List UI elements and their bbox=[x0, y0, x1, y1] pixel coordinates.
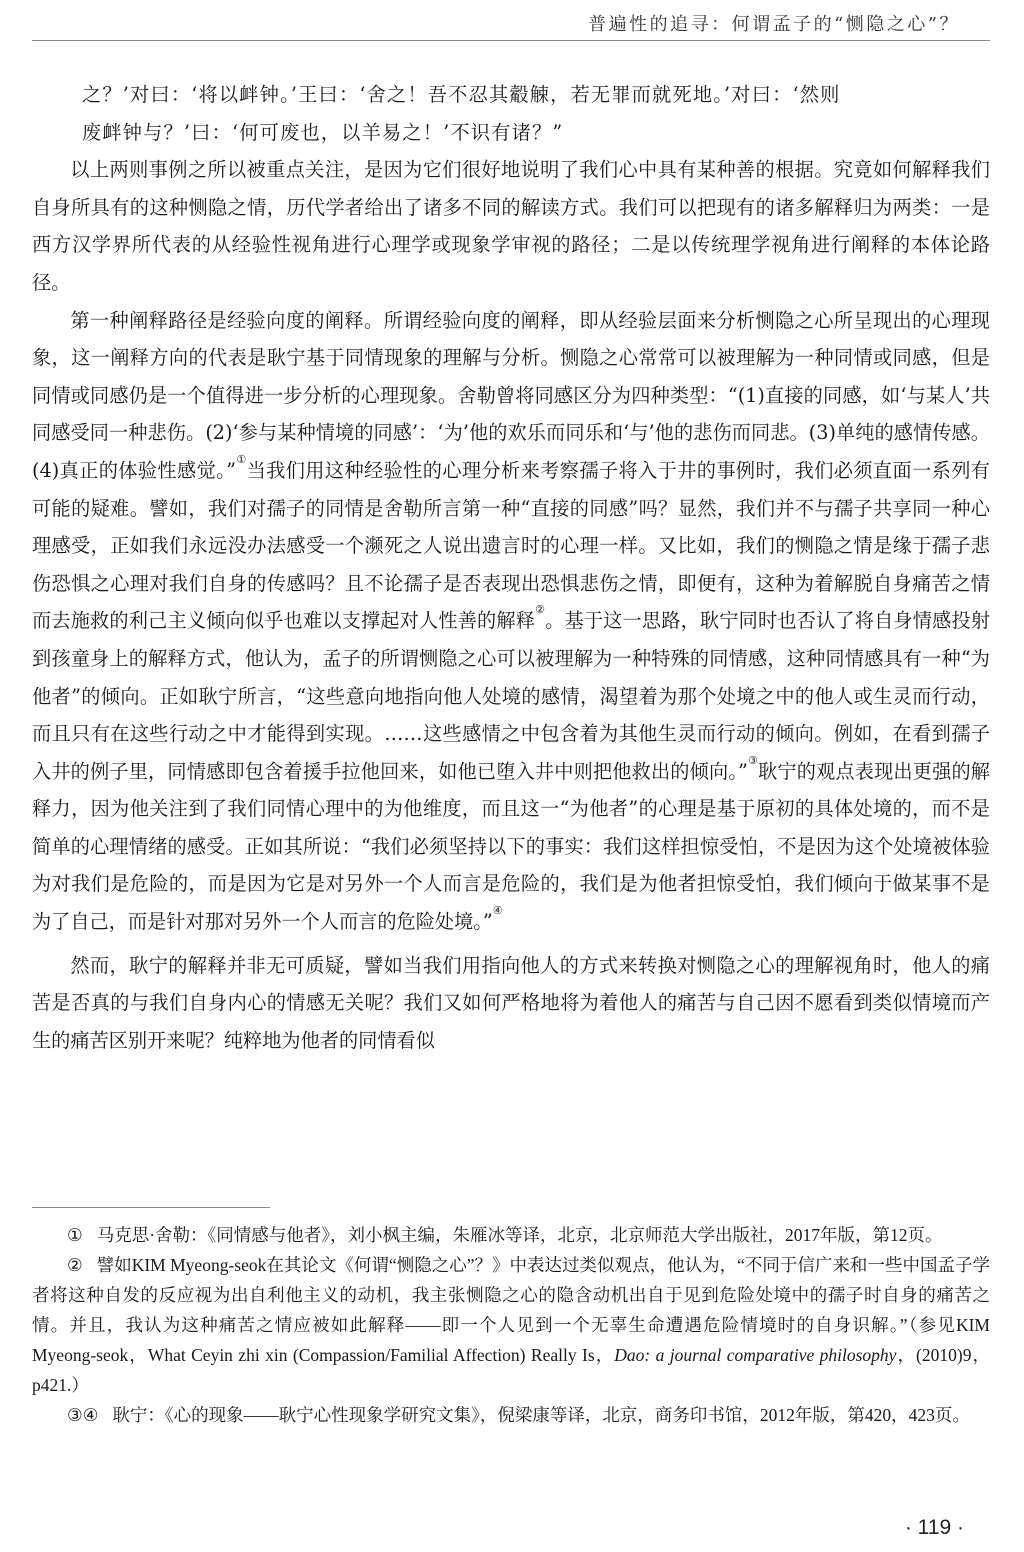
paragraph-2: 第一种阐释路径是经验向度的阐释。所谓经验向度的阐释，即从经验层面来分析恻隐之心所… bbox=[32, 302, 990, 941]
footnote-ref-1[interactable]: ① bbox=[236, 453, 247, 466]
footnotes: ①马克思·舍勒：《同情感与他者》，刘小枫主编，朱雁冰等译，北京，北京师范大学出版… bbox=[32, 1220, 990, 1430]
paragraph-1: 以上两则事例之所以被重点关注，是因为它们很好地说明了我们心中具有某种善的根据。究… bbox=[32, 151, 990, 301]
running-head-title: 普遍性的追寻：何谓孟子的“恻隐之心”？ bbox=[588, 10, 960, 36]
quote-line-1: 之？’对曰：‘将以衅钟。’王曰：‘舍之！吾不忍其觳觫，若无罪而就死地。’对曰：‘… bbox=[32, 76, 990, 114]
footnote-ref-2[interactable]: ② bbox=[535, 603, 545, 616]
footnote-3-text: 耿宁：《心的现象——耿宁心性现象学研究文集》，倪梁康等译，北京，商务印书馆，20… bbox=[112, 1405, 970, 1425]
main-body: 之？’对曰：‘将以衅钟。’王曰：‘舍之！吾不忍其觳觫，若无罪而就死地。’对曰：‘… bbox=[32, 76, 990, 1059]
footnote-1: ①马克思·舍勒：《同情感与他者》，刘小枫主编，朱雁冰等译，北京，北京师范大学出版… bbox=[32, 1220, 990, 1250]
footnote-1-mark: ① bbox=[67, 1225, 83, 1245]
footnote-2: ②譬如KIM Myeong-seok在其论文《何谓“恻隐之心”？》中表达过类似观… bbox=[32, 1250, 990, 1400]
footnote-2-mark: ② bbox=[67, 1255, 83, 1275]
running-head: 普遍性的追寻：何谓孟子的“恻隐之心”？ bbox=[32, 0, 990, 41]
paragraph-3: 然而，耿宁的解释并非无可质疑，譬如当我们用指向他人的方式来转换对恻隐之心的理解视… bbox=[32, 947, 990, 1060]
paragraph-2-part-4: 耿宁的观点表现出更强的解释力，因为他关注到了我们同情心理中的为他维度，而且这一“… bbox=[32, 760, 990, 933]
footnote-ref-4[interactable]: ④ bbox=[493, 904, 503, 917]
footnote-divider bbox=[32, 1207, 270, 1208]
paragraph-2-part-2: 当我们用这种经验性的心理分析来考察孺子将入于井的事例时，我们必须直面一系列有可能… bbox=[32, 459, 990, 632]
footnote-3: ③④耿宁：《心的现象——耿宁心性现象学研究文集》，倪梁康等译，北京，商务印书馆，… bbox=[32, 1400, 990, 1430]
footnote-1-text: 马克思·舍勒：《同情感与他者》，刘小枫主编，朱雁冰等译，北京，北京师范大学出版社… bbox=[97, 1225, 943, 1245]
footnote-2-journal: Dao: a journal comparative philosophy bbox=[614, 1345, 896, 1365]
page-number: · 119 · bbox=[905, 1516, 964, 1540]
footnote-3-mark: ③④ bbox=[67, 1405, 98, 1425]
paragraph-2-part-3: 。基于这一思路，耿宁同时也否认了将自身情感投射到孩童身上的解释方式，他认为，孟子… bbox=[32, 609, 990, 782]
footnote-ref-3[interactable]: ③ bbox=[748, 754, 758, 767]
quote-line-2: 废衅钟与？’曰：‘何可废也，以羊易之！’不识有诸？” bbox=[32, 114, 990, 152]
paragraph-2-part-1: 第一种阐释路径是经验向度的阐释。所谓经验向度的阐释，即从经验层面来分析恻隐之心所… bbox=[32, 309, 990, 482]
